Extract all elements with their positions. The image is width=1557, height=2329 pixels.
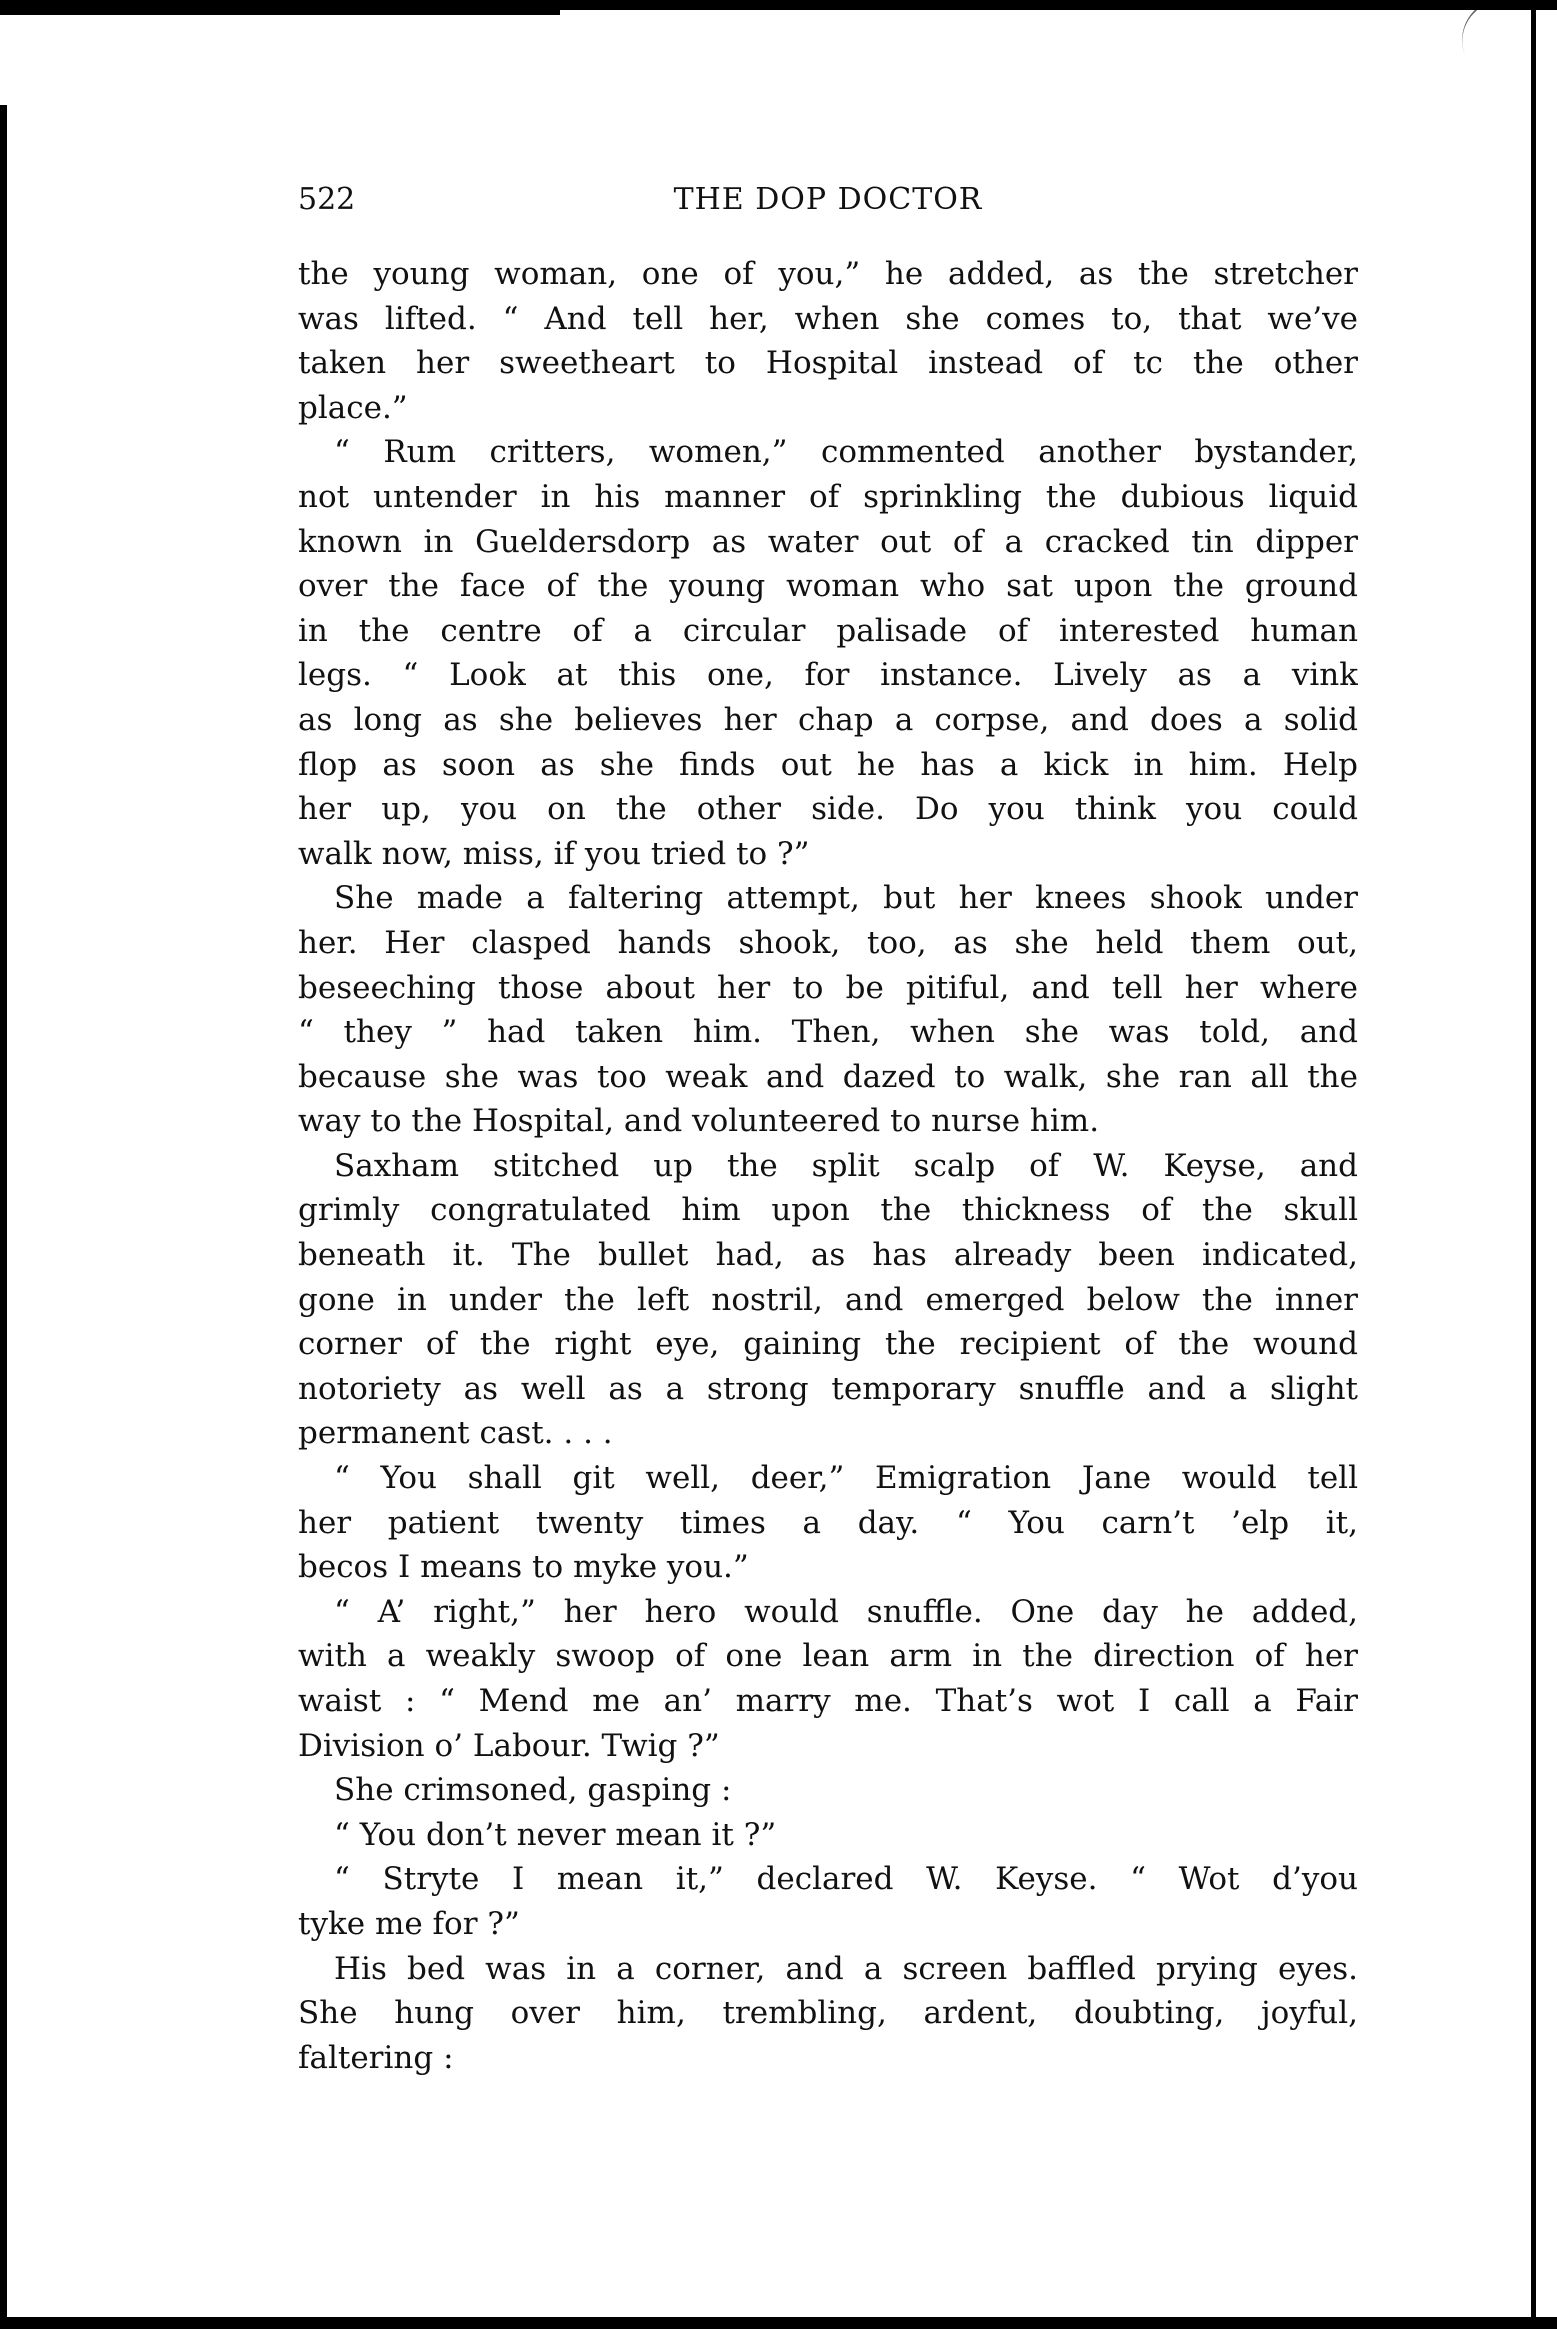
- text-line: “ You don’t never mean it ?”: [298, 1813, 1358, 1858]
- text-line: His bed was in a corner, and a screen ba…: [298, 1947, 1358, 1992]
- text-line: place.”: [298, 386, 1358, 431]
- text-line: tyke me for ?”: [298, 1902, 1358, 1947]
- text-line: her. Her clasped hands shook, too, as sh…: [298, 921, 1358, 966]
- scan-top-edge: [0, 0, 1557, 10]
- scan-bottom-edge: [0, 2317, 1557, 2329]
- body-text: the young woman, one of you,” he added, …: [298, 252, 1358, 2080]
- text-line: corner of the right eye, gaining the rec…: [298, 1322, 1358, 1367]
- text-line: She crimsoned, gasping :: [298, 1768, 1358, 1813]
- scan-right-edge: [1531, 0, 1536, 2320]
- text-line: as long as she believes her chap a corps…: [298, 698, 1358, 743]
- text-line: notoriety as well as a strong temporary …: [298, 1367, 1358, 1412]
- text-line: grimly congratulated him upon the thickn…: [298, 1188, 1358, 1233]
- text-line: faltering :: [298, 2036, 1358, 2081]
- text-line: becos I means to myke you.”: [298, 1545, 1358, 1590]
- text-line: known in Gueldersdorp as water out of a …: [298, 520, 1358, 565]
- text-line: not untender in his manner of sprinkling…: [298, 475, 1358, 520]
- text-line: Division o’ Labour. Twig ?”: [298, 1724, 1358, 1769]
- text-line: over the face of the young woman who sat…: [298, 564, 1358, 609]
- text-line: was lifted. “ And tell her, when she com…: [298, 297, 1358, 342]
- scan-left-edge: [0, 105, 7, 2329]
- text-line: permanent cast. . . .: [298, 1411, 1358, 1456]
- text-line: taken her sweetheart to Hospital instead…: [298, 341, 1358, 386]
- text-line: way to the Hospital, and volunteered to …: [298, 1099, 1358, 1144]
- text-line: She made a faltering attempt, but her kn…: [298, 876, 1358, 921]
- text-line: “ A’ right,” her hero would snuffle. One…: [298, 1590, 1358, 1635]
- text-line: walk now, miss, if you tried to ?”: [298, 832, 1358, 877]
- book-page: 522 THE DOP DOCTOR the young woman, one …: [0, 0, 1557, 2329]
- text-line: in the centre of a circular palisade of …: [298, 609, 1358, 654]
- text-line: the young woman, one of you,” he added, …: [298, 252, 1358, 297]
- text-line: beneath it. The bullet had, as has alrea…: [298, 1233, 1358, 1278]
- text-line: her patient twenty times a day. “ You ca…: [298, 1501, 1358, 1546]
- text-line: “ Stryte I mean it,” declared W. Keyse. …: [298, 1857, 1358, 1902]
- text-line: “ they ” had taken him. Then, when she w…: [298, 1010, 1358, 1055]
- text-line: “ Rum critters, women,” commented anothe…: [298, 430, 1358, 475]
- scan-top-edge-strip: [0, 10, 560, 15]
- text-line: with a weakly swoop of one lean arm in t…: [298, 1634, 1358, 1679]
- text-line: waist : “ Mend me an’ marry me. That’s w…: [298, 1679, 1358, 1724]
- text-line: Saxham stitched up the split scalp of W.…: [298, 1144, 1358, 1189]
- text-line: because she was too weak and dazed to wa…: [298, 1055, 1358, 1100]
- running-head: 522 THE DOP DOCTOR: [298, 182, 1358, 226]
- text-line: “ You shall git well, deer,” Emigration …: [298, 1456, 1358, 1501]
- text-line: her up, you on the other side. Do you th…: [298, 787, 1358, 832]
- text-line: flop as soon as she finds out he has a k…: [298, 743, 1358, 788]
- text-line: She hung over him, trembling, ardent, do…: [298, 1991, 1358, 2036]
- text-line: legs. “ Look at this one, for instance. …: [298, 653, 1358, 698]
- book-title: THE DOP DOCTOR: [298, 182, 1358, 217]
- text-line: gone in under the left nostril, and emer…: [298, 1278, 1358, 1323]
- text-line: beseeching those about her to be pitiful…: [298, 966, 1358, 1011]
